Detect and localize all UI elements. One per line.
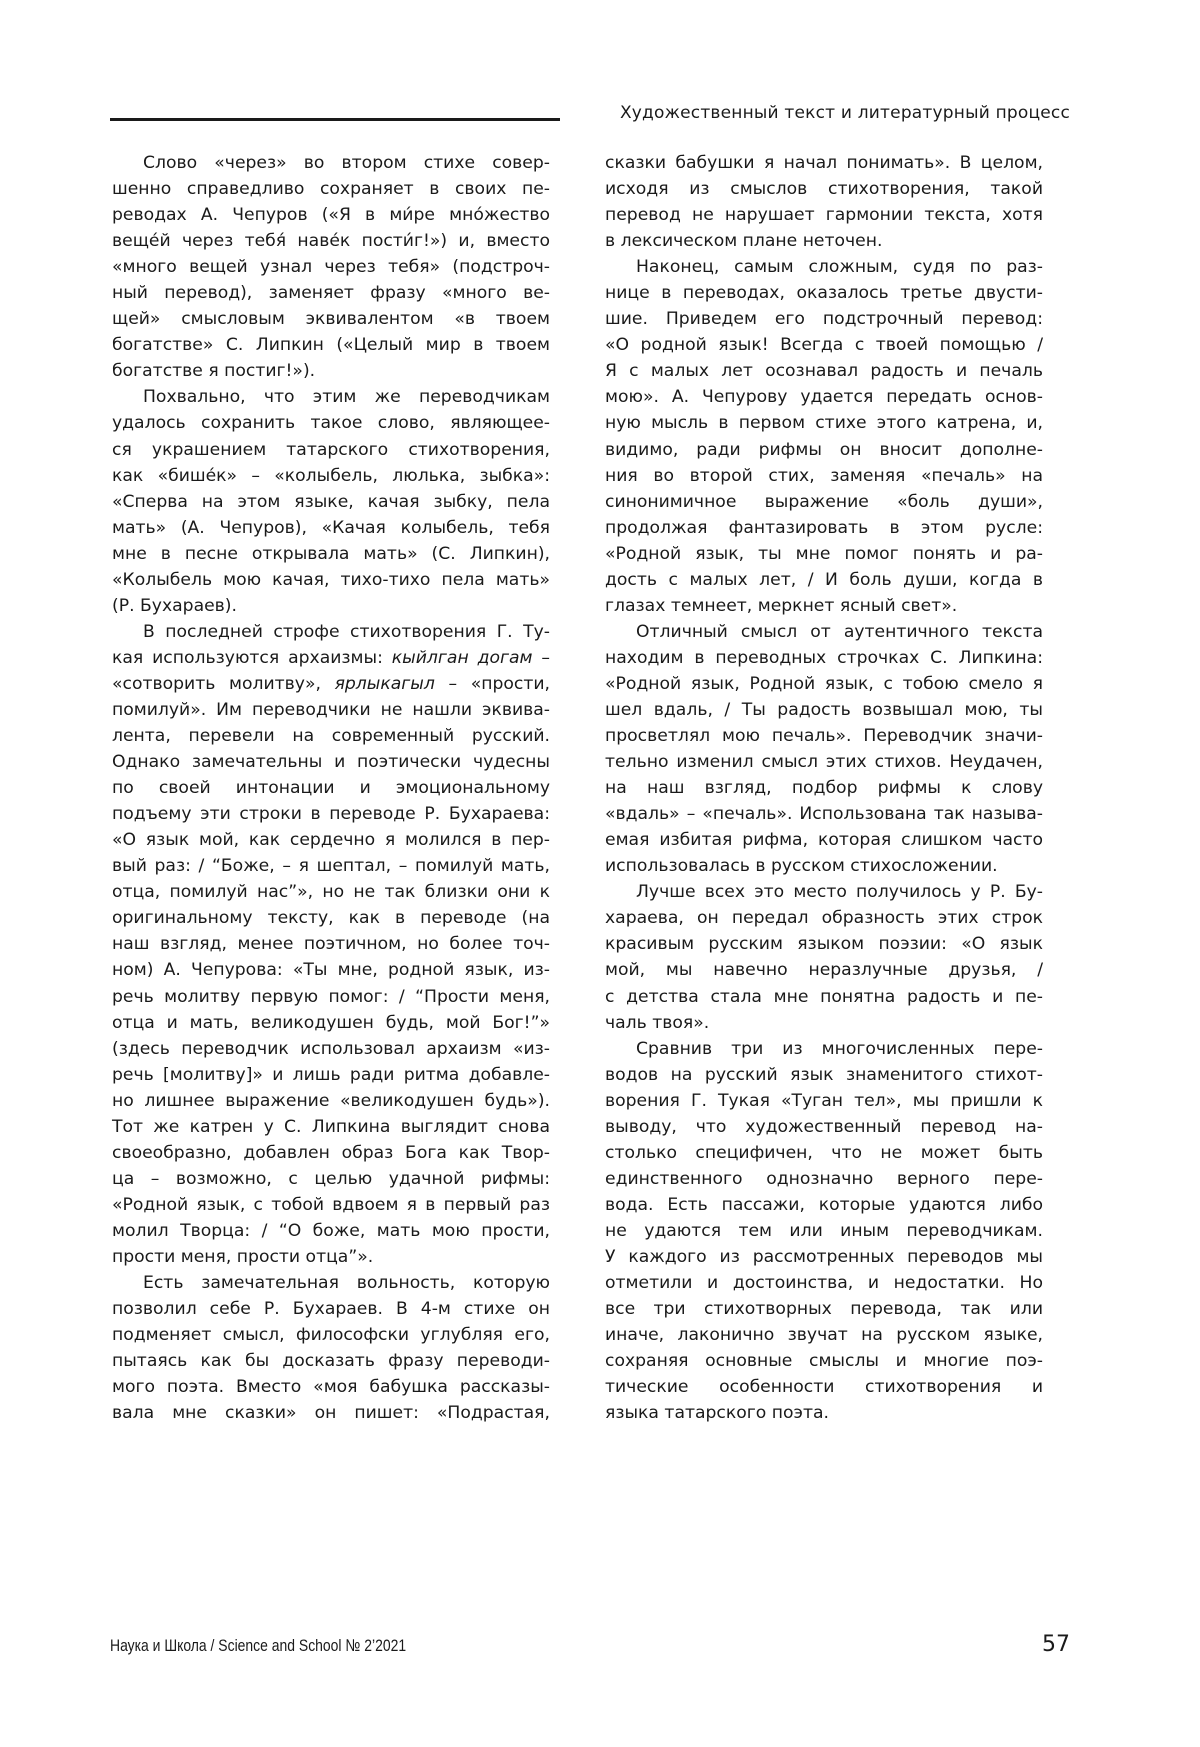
text-line: богатстве я постиг!»). xyxy=(112,358,550,384)
text-line: «Сперва на этом языке, качая зыбку, пела xyxy=(112,489,550,515)
text-line: «Родной язык, с тобой вдвоем я в первый … xyxy=(112,1192,550,1218)
text-line: выводу, что художественный перевод на- xyxy=(605,1114,1043,1140)
journal-footer: Наука и Школа / Science and School № 2’2… xyxy=(110,1636,406,1656)
text-line: шел вдаль, / Ты радость возвышал мою, ты xyxy=(605,697,1043,723)
text-line: оригинальному тексту, как в переводе (на xyxy=(112,905,550,931)
text-line: «О язык мой, как сердечно я молился в пе… xyxy=(112,827,550,853)
text-line: глазах темнеет, меркнет ясный свет». xyxy=(605,593,1043,619)
text-line: своеобразно, добавлен образ Бога как Тво… xyxy=(112,1140,550,1166)
text-line: синонимичное выражение «боль души», xyxy=(605,489,1043,515)
text-line: наш взгляд, менее поэтичном, но более то… xyxy=(112,931,550,957)
text-line: подъему эти строки в переводе Р. Бухарае… xyxy=(112,801,550,827)
text-line: У каждого из рассмотренных переводов мы xyxy=(605,1244,1043,1270)
text-line: вала мне сказки» он пишет: «Подрастая, xyxy=(112,1400,550,1426)
text-line: вый раз: / “Боже, – я шептал, – помилуй … xyxy=(112,853,550,879)
text-line: В последней строфе стихотворения Г. Ту- xyxy=(112,619,550,645)
right-column: сказки бабушки я начал понимать». В цело… xyxy=(605,150,1043,1426)
text-line: отца и мать, великодушен будь, мой Бог!”… xyxy=(112,1010,550,1036)
text-line: (здесь переводчик использовал архаизм «и… xyxy=(112,1036,550,1062)
text-line: емая избитая рифма, которая слишком част… xyxy=(605,827,1043,853)
text-line: ния во второй стих, заменяя «печаль» на xyxy=(605,463,1043,489)
text-line: речь [молитву]» и лишь ради ритма добавл… xyxy=(112,1062,550,1088)
text-line: Есть замечательная вольность, которую xyxy=(112,1270,550,1296)
text-line: Тот же катрен у С. Липкина выглядит снов… xyxy=(112,1114,550,1140)
text-line: удалось сохранить такое слово, являющее- xyxy=(112,410,550,436)
text-line: позволил себе Р. Бухараев. В 4-м стихе о… xyxy=(112,1296,550,1322)
text-line: (Р. Бухараев). xyxy=(112,593,550,619)
text-line: столько специфичен, что не может быть xyxy=(605,1140,1043,1166)
text-line: лента, перевели на современный русский. xyxy=(112,723,550,749)
text-line: Наконец, самым сложным, судя по раз- xyxy=(605,254,1043,280)
text-line: иначе, лаконично звучат на русском языке… xyxy=(605,1322,1043,1348)
header-rule xyxy=(110,118,560,121)
text-line: кая используются архаизмы: кыйлган догам… xyxy=(112,645,550,671)
text-line: «Родной язык, ты мне помог понять и ра- xyxy=(605,541,1043,567)
text-line: ный перевод), заменяет фразу «много ве- xyxy=(112,280,550,306)
text-line: отметили и достоинства, и недостатки. Но xyxy=(605,1270,1043,1296)
text-line: продолжая фантазировать в этом русле: xyxy=(605,515,1043,541)
text-line: Слово «через» во втором стихе совер- xyxy=(112,150,550,176)
text-line: «О родной язык! Всегда с твоей помощью / xyxy=(605,332,1043,358)
text-line: находим в переводных строчках С. Липкина… xyxy=(605,645,1043,671)
text-line: использовалась в русском стихосложении. xyxy=(605,853,1043,879)
text-line: «Родной язык, Родной язык, с тобою смело… xyxy=(605,671,1043,697)
text-line: чаль твоя». xyxy=(605,1010,1043,1036)
text-line: мать» (А. Чепуров), «Качая колыбель, теб… xyxy=(112,515,550,541)
text-line: исходя из смыслов стихотворения, такой xyxy=(605,176,1043,202)
text-line: помилуй». Им переводчики не нашли эквива… xyxy=(112,697,550,723)
text-line: богатстве» С. Липкин («Целый мир в твоем xyxy=(112,332,550,358)
text-line: «много вещей узнал через тебя» (подстроч… xyxy=(112,254,550,280)
left-column: Слово «через» во втором стихе совер-шенн… xyxy=(112,150,550,1426)
text-line: не удаются тем или иным переводчикам. xyxy=(605,1218,1043,1244)
text-line: веще́й через тебя́ наве́к пости́г!») и, … xyxy=(112,228,550,254)
text-line: молил Творца: / “О боже, мать мою прости… xyxy=(112,1218,550,1244)
text-line: хараева, он передал образность этих стро… xyxy=(605,905,1043,931)
text-line: тельно изменил смысл этих стихов. Неудач… xyxy=(605,749,1043,775)
text-line: Отличный смысл от аутентичного текста xyxy=(605,619,1043,645)
text-line: подменяет смысл, философски углубляя его… xyxy=(112,1322,550,1348)
text-line: речь молитву первую помог: / “Прости мен… xyxy=(112,984,550,1010)
text-line: с детства стала мне понятна радость и пе… xyxy=(605,984,1043,1010)
text-line: ном) А. Чепурова: «Ты мне, родной язык, … xyxy=(112,957,550,983)
text-line: мой, мы навечно неразлучные друзья, / xyxy=(605,957,1043,983)
text-line: ца – возможно, с целью удачной рифмы: xyxy=(112,1166,550,1192)
text-line: прости меня, прости отца”». xyxy=(112,1244,550,1270)
text-line: дость с малых лет, / И боль души, когда … xyxy=(605,567,1043,593)
text-line: языка татарского поэта. xyxy=(605,1400,1043,1426)
text-line: в лексическом плане неточен. xyxy=(605,228,1043,254)
text-line: Я с малых лет осознавал радость и печаль xyxy=(605,358,1043,384)
text-line: по своей интонации и эмоциональному xyxy=(112,775,550,801)
text-line: ся украшением татарского стихотворения, xyxy=(112,437,550,463)
text-line: мою». А. Чепурову удается передать основ… xyxy=(605,384,1043,410)
text-line: «вдаль» – «печаль». Использована так наз… xyxy=(605,801,1043,827)
text-line: ворения Г. Тукая «Туган тел», мы пришли … xyxy=(605,1088,1043,1114)
text-line: «Колыбель мою качая, тихо-тихо пела мать… xyxy=(112,567,550,593)
text-line: щей» смысловым эквивалентом «в твоем xyxy=(112,306,550,332)
page-number: 57 xyxy=(1042,1632,1070,1657)
text-line: но лишнее выражение «великодушен будь»). xyxy=(112,1088,550,1114)
text-line: реводах А. Чепуров («Я в ми́ре мно́жеств… xyxy=(112,202,550,228)
text-line: «сотворить молитву», ярлыкагыл – «прости… xyxy=(112,671,550,697)
text-line: мне в песне открывала мать» (С. Липкин), xyxy=(112,541,550,567)
text-line: Лучше всех это место получилось у Р. Бу- xyxy=(605,879,1043,905)
text-line: видимо, ради рифмы он вносит дополне- xyxy=(605,437,1043,463)
running-title: Художественный текст и литературный проц… xyxy=(620,103,1070,123)
text-line: мого поэта. Вместо «моя бабушка рассказы… xyxy=(112,1374,550,1400)
text-line: пытаясь как бы досказать фразу переводи- xyxy=(112,1348,550,1374)
running-header: Художественный текст и литературный проц… xyxy=(110,103,1070,127)
text-line: сохраняя основные смыслы и многие поэ- xyxy=(605,1348,1043,1374)
text-line: все три стихотворных перевода, так или xyxy=(605,1296,1043,1322)
text-line: Сравнив три из многочисленных пере- xyxy=(605,1036,1043,1062)
text-line: перевод не нарушает гармонии текста, хот… xyxy=(605,202,1043,228)
text-line: на наш взгляд, подбор рифмы к слову xyxy=(605,775,1043,801)
text-line: Однако замечательны и поэтически чудесны xyxy=(112,749,550,775)
text-line: как «бише́к» – «колыбель, люлька, зыбка»… xyxy=(112,463,550,489)
text-line: просветлял мою печаль». Переводчик значи… xyxy=(605,723,1043,749)
text-line: сказки бабушки я начал понимать». В цело… xyxy=(605,150,1043,176)
text-line: шенно справедливо сохраняет в своих пе- xyxy=(112,176,550,202)
text-line: тические особенности стихотворения и xyxy=(605,1374,1043,1400)
text-line: шие. Приведем его подстрочный перевод: xyxy=(605,306,1043,332)
text-line: отца, помилуй нас”», но не так близки он… xyxy=(112,879,550,905)
text-line: ную мысль в первом стихе этого катрена, … xyxy=(605,410,1043,436)
text-line: Похвально, что этим же переводчикам xyxy=(112,384,550,410)
text-line: водов на русский язык знаменитого стихот… xyxy=(605,1062,1043,1088)
text-line: красивым русским языком поэзии: «О язык xyxy=(605,931,1043,957)
text-line: вода. Есть пассажи, которые удаются либо xyxy=(605,1192,1043,1218)
text-line: единственного однозначно верного пере- xyxy=(605,1166,1043,1192)
text-line: нице в переводах, оказалось третье двуст… xyxy=(605,280,1043,306)
